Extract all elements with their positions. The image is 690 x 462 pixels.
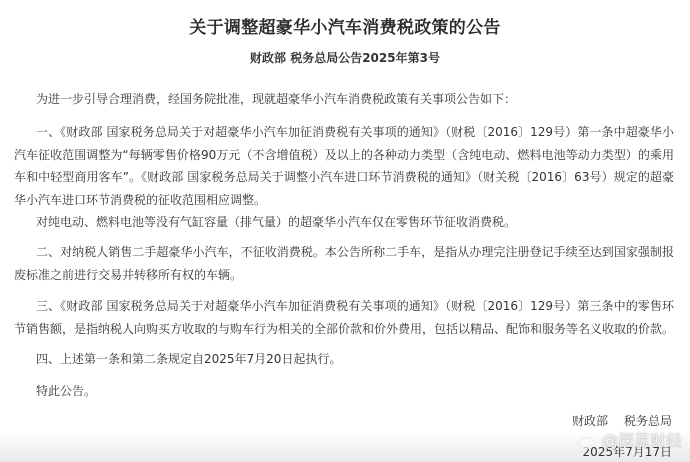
document-title: 关于调整超豪华小汽车消费税政策的公告 [0, 13, 690, 38]
issuer-tax-administration: 税务总局 [624, 414, 672, 428]
issuer-ministry-of-finance: 财政部 [572, 414, 608, 428]
article-two-paragraph: 二、对纳税人销售二手超豪华小汽车，不征收消费税。本公告所称二手车，是指从办理完注… [14, 241, 674, 286]
document-number: 财政部 税务总局公告2025年第3号 [0, 49, 690, 66]
article-four-paragraph: 四、上述第一条和第二条规定自2025年7月20日起执行。 [14, 348, 674, 371]
signature-block: 财政部税务总局 [572, 412, 672, 429]
issue-date: 2025年7月17日 [583, 443, 672, 460]
article-one-paragraph: 一、《财政部 国家税务总局关于对超豪华小汽车加征消费税有关事项的通知》（财税〔2… [14, 121, 674, 212]
intro-paragraph: 为进一步引导合理消费，经国务院批准，现就超豪华小汽车消费税政策有关事项公告如下： [14, 88, 674, 111]
document-page: 关于调整超豪华小汽车消费税政策的公告 财政部 税务总局公告2025年第3号 为进… [0, 0, 690, 462]
closing-paragraph: 特此公告。 [14, 380, 674, 403]
article-three-paragraph: 三、《财政部 国家税务总局关于对超豪华小汽车加征消费税有关事项的通知》（财税〔2… [14, 295, 674, 340]
ev-retail-paragraph: 对纯电动、燃料电池等没有气缸容量（排气量）的超豪华小汽车仅在零售环节征收消费税。 [14, 211, 674, 234]
